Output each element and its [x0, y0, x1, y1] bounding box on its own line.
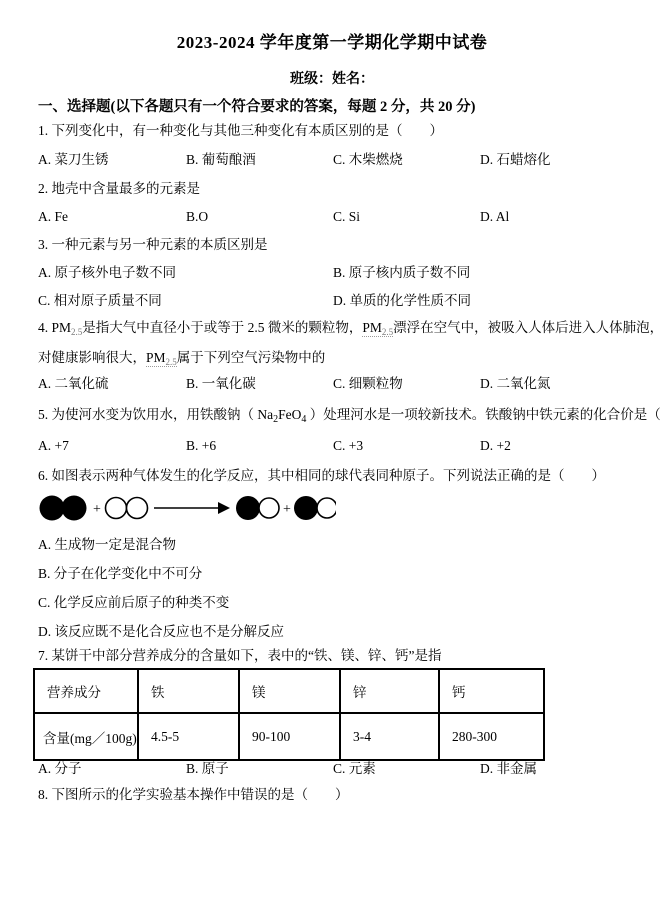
q4-text: 漂浮在空气中，被吸入人体后进入人体肺泡，: [393, 320, 663, 335]
question-6-option-b: B. 分子在化学变化中不可分: [38, 565, 202, 583]
table-header-cell: 营养成分: [34, 669, 138, 713]
q4-text: 属于下列空气污染物中的: [177, 350, 326, 365]
question-6-option-a: A. 生成物一定是混合物: [38, 536, 176, 554]
white-atom: [127, 498, 148, 519]
table-cell: 90-100: [239, 713, 340, 760]
question-5-option-c: C. +3: [333, 437, 363, 455]
table-cell: 280-300: [439, 713, 544, 760]
q4-subscript: 2.5: [382, 327, 393, 337]
question-1-stem: 1. 下列变化中，有一种变化与其他三种变化有本质区别的是（ ）: [38, 122, 443, 140]
white-atom: [317, 498, 336, 518]
table-header-cell: 铁: [138, 669, 239, 713]
question-1-option-c: C. 木柴燃烧: [333, 151, 403, 169]
question-7-stem: 7. 某饼干中部分营养成分的含量如下，表中的“铁、镁、锌、钙”是指: [38, 647, 441, 665]
question-6-option-c: C. 化学反应前后原子的种类不变: [38, 594, 229, 612]
q4-text: 对健康影响很大，: [38, 350, 146, 365]
question-2-option-b: B.O: [186, 208, 208, 226]
q4-subscript: 2.5: [71, 327, 82, 337]
reaction-arrow-head: [218, 502, 230, 514]
q5-text: ）处理河水是一项较新技术。铁酸钠中铁元素的化合价是（ ）: [306, 407, 664, 422]
question-2-option-d: D. Al: [480, 208, 509, 226]
question-4-stem-line1: 4. PM2.5是指大气中直径小于或等于 2.5 微米的颗粒物，PM2.5漂浮在…: [38, 319, 663, 337]
question-5-option-b: B. +6: [186, 437, 216, 455]
question-3-option-d: D. 单质的化学性质不同: [333, 292, 471, 310]
q4-pm-underlined: PM2.5: [146, 350, 177, 367]
question-1-option-b: B. 葡萄酿酒: [186, 151, 256, 169]
table-header-cell: 钙: [439, 669, 544, 713]
black-atom: [294, 496, 318, 520]
question-2-option-c: C. Si: [333, 208, 360, 226]
table-header-cell: 锌: [340, 669, 439, 713]
question-1-option-d: D. 石蜡熔化: [480, 151, 551, 169]
question-3-stem: 3. 一种元素与另一种元素的本质区别是: [38, 236, 268, 254]
question-7-option-a: A. 分子: [38, 760, 82, 778]
q5-text: 5. 为使河水变为饮用水，用铁酸钠（ Na: [38, 407, 273, 422]
black-atom: [236, 496, 260, 520]
table-header-row: 营养成分 铁 镁 锌 钙: [34, 669, 544, 713]
q4-text: 是指大气中直径小于或等于 2.5 微米的颗粒物，: [82, 320, 362, 335]
question-5-stem: 5. 为使河水变为饮用水，用铁酸钠（ Na2FeO4 ）处理河水是一项较新技术。…: [38, 406, 664, 424]
page-title: 2023-2024 学年度第一学期化学期中试卷: [0, 28, 664, 53]
table-cell: 4.5-5: [138, 713, 239, 760]
question-2-option-a: A. Fe: [38, 208, 68, 226]
question-4-option-d: D. 二氧化氮: [480, 375, 551, 393]
table-cell: 3-4: [340, 713, 439, 760]
table-header-cell: 镁: [239, 669, 340, 713]
plus-sign: +: [283, 502, 291, 517]
nutrition-table: 营养成分 铁 镁 锌 钙 含量(mg／100g) 4.5-5 90-100 3-…: [33, 668, 545, 761]
white-atom: [106, 498, 127, 519]
class-name-line: 班级：姓名：: [0, 68, 664, 88]
question-7-option-c: C. 元素: [333, 760, 376, 778]
question-3-option-a: A. 原子核外电子数不同: [38, 264, 176, 282]
exam-paper-page: 2023-2024 学年度第一学期化学期中试卷 班级：姓名： 一、选择题(以下各…: [0, 0, 664, 923]
white-atom: [259, 498, 279, 518]
question-3-option-b: B. 原子核内质子数不同: [333, 264, 470, 282]
question-4-stem-line2: 对健康影响很大，PM2.5属于下列空气污染物中的: [38, 349, 325, 367]
q4-text: 4. PM: [38, 320, 71, 335]
question-4-option-b: B. 一氧化碳: [186, 375, 256, 393]
question-5-option-d: D. +2: [480, 437, 511, 455]
molecular-reaction-diagram: + +: [36, 487, 336, 529]
question-4-option-a: A. 二氧化硫: [38, 375, 109, 393]
question-1-option-a: A. 菜刀生锈: [38, 151, 109, 169]
question-6-option-d: D. 该反应既不是化合反应也不是分解反应: [38, 623, 284, 641]
question-7-option-b: B. 原子: [186, 760, 229, 778]
q4-subscript: 2.5: [166, 357, 177, 367]
question-8-stem: 8. 下图所示的化学实验基本操作中错误的是（ ）: [38, 786, 349, 804]
question-4-option-c: C. 细颗粒物: [333, 375, 403, 393]
question-2-stem: 2. 地壳中含量最多的元素是: [38, 180, 200, 198]
black-atom: [62, 496, 87, 521]
question-3-option-c: C. 相对原子质量不同: [38, 292, 162, 310]
question-6-stem: 6. 如图表示两种气体发生的化学反应，其中相同的球代表同种原子。下列说法正确的是…: [38, 467, 605, 485]
q4-pm-underlined: PM2.5: [362, 320, 393, 337]
question-7-option-d: D. 非金属: [480, 760, 537, 778]
q5-formula: FeO: [278, 407, 301, 422]
plus-sign: +: [93, 502, 101, 517]
table-row: 含量(mg／100g) 4.5-5 90-100 3-4 280-300: [34, 713, 544, 760]
table-row-label: 含量(mg／100g): [34, 713, 138, 760]
section-heading: 一、选择题(以下各题只有一个符合要求的答案，每题 2 分，共 20 分): [38, 98, 475, 116]
black-atom: [40, 496, 65, 521]
question-5-option-a: A. +7: [38, 437, 69, 455]
